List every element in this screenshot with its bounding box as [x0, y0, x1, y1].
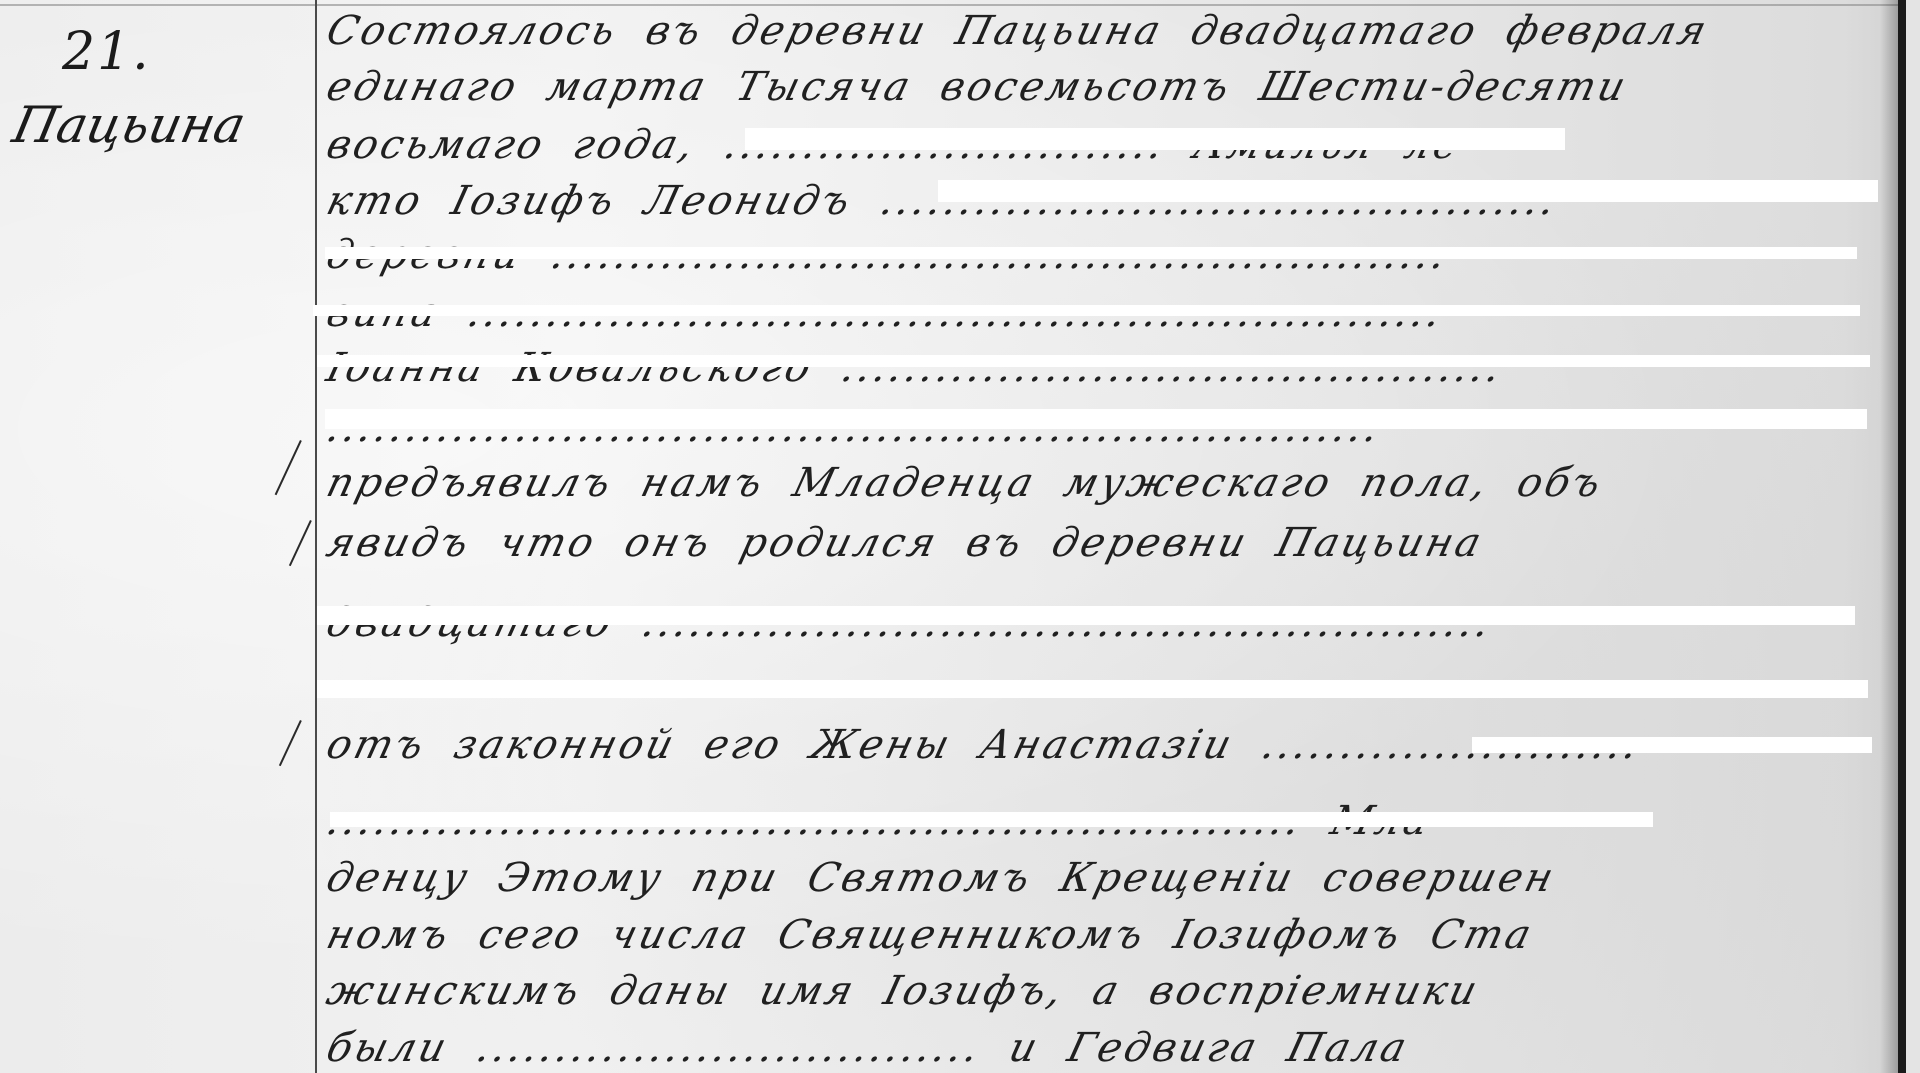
- margin-pen-stroke: [279, 720, 302, 766]
- page-binding-edge: [1898, 0, 1906, 1073]
- redaction-bar: [745, 128, 1565, 150]
- redaction-bar: [938, 180, 1878, 202]
- redaction-bar: [325, 247, 1857, 259]
- handwritten-line: Іоанна Ковальского .....................…: [322, 345, 1508, 391]
- village-name: Пацьина: [8, 96, 251, 154]
- handwritten-line: жинскимъ даны имя Іозифъ, а воспріемники: [322, 968, 1485, 1014]
- redaction-bar: [313, 305, 1860, 316]
- handwritten-line: отъ законной его Жены Анастазіи ........…: [322, 722, 1646, 768]
- handwritten-line: денцу Этому при Святомъ Крещеніи соверше…: [322, 855, 1561, 901]
- margin-pen-stroke: [275, 440, 302, 495]
- top-rule: [0, 4, 1905, 6]
- handwritten-line: были ................................ и …: [322, 1025, 1414, 1071]
- redaction-bar: [330, 812, 1653, 827]
- margin-pen-stroke: [289, 520, 312, 566]
- redaction-bar: [325, 409, 1867, 429]
- scanned-register-page: 21. Пацьина Состоялось въ деревни Пацьин…: [0, 0, 1920, 1073]
- handwritten-line: номъ сего числа Священникомъ Іозифомъ Ст…: [322, 912, 1538, 958]
- redaction-bar: [317, 680, 1868, 698]
- handwritten-line: явидъ что онъ родился въ деревни Пацьина: [322, 520, 1488, 566]
- handwritten-line: предъявилъ намъ Младенца мужескаго пола,…: [322, 460, 1608, 506]
- redaction-bar: [317, 355, 1870, 367]
- handwritten-line: Состоялось въ деревни Пацьина двадцатаго…: [322, 8, 1714, 54]
- redaction-bar: [1472, 737, 1872, 753]
- redaction-bar: [317, 606, 1855, 625]
- handwritten-line: единаго марта Тысяча восемьсотъ Шести-де…: [322, 64, 1633, 110]
- entry-number: 21.: [62, 22, 151, 82]
- margin-rule: [315, 0, 317, 1073]
- page-edge-strip: [1906, 0, 1920, 1073]
- binding-shadow: [1880, 0, 1898, 1073]
